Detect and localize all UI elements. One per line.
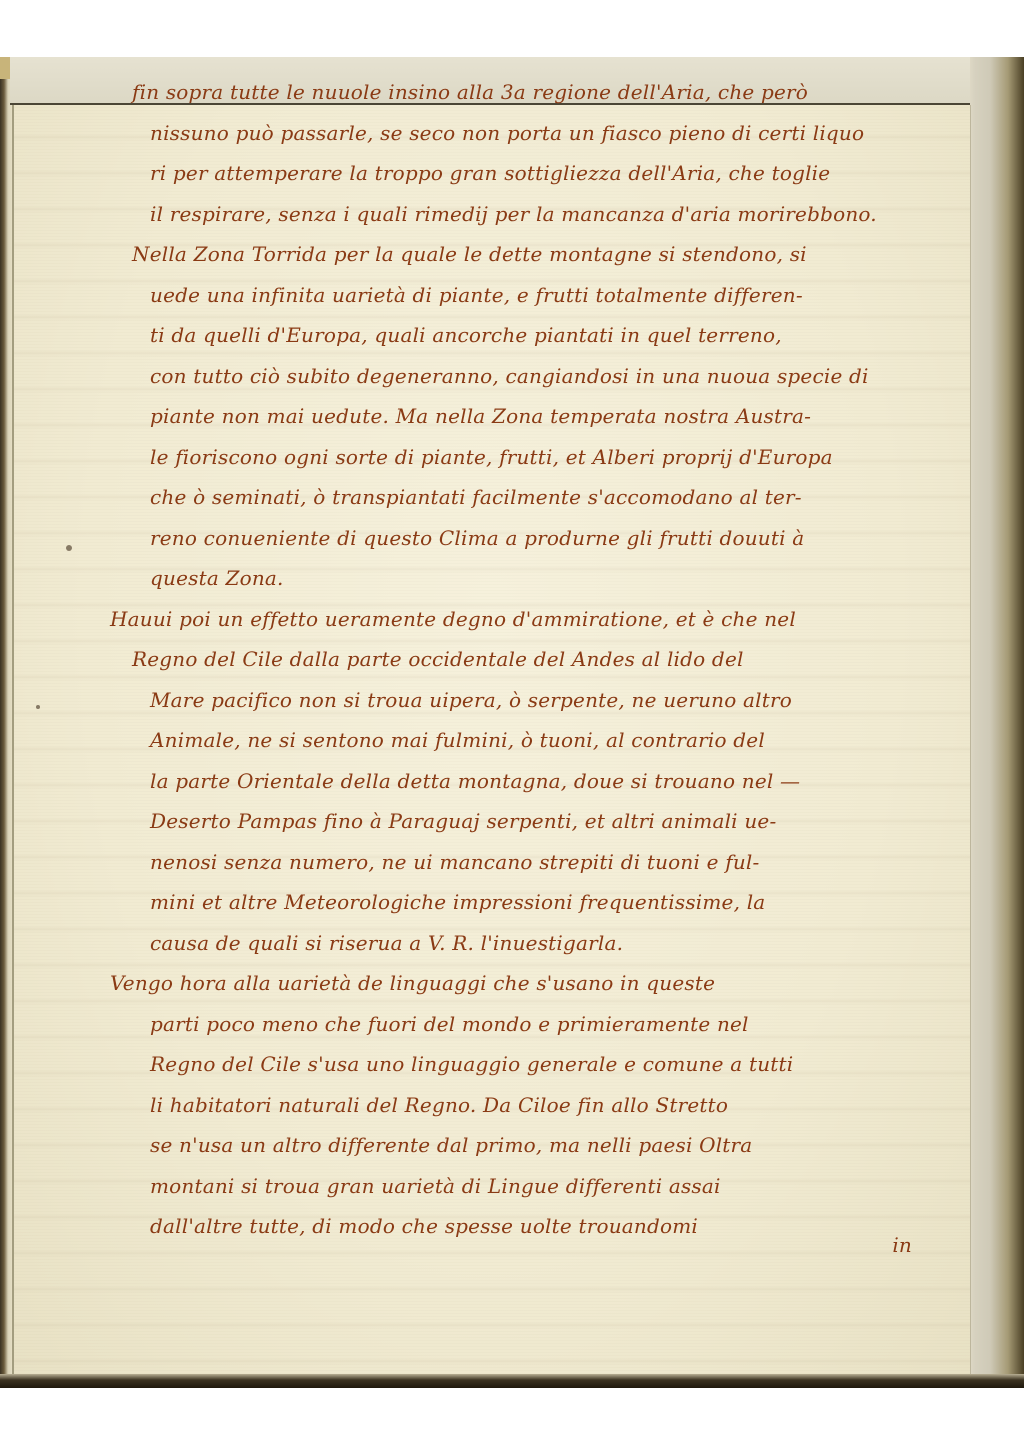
text-line: fin sopra tutte le nuuole insino alla 3a… — [132, 72, 972, 113]
text-line: Deserto Pampas fino à Paraguaj serpenti,… — [132, 801, 972, 842]
text-line: parti poco meno che fuori del mondo e pr… — [132, 1004, 972, 1045]
text-line: causa de quali si riserua a V. R. l'inue… — [132, 923, 972, 964]
text-line: questa Zona. — [132, 558, 972, 599]
text-line: nissuno può passarle, se seco non porta … — [132, 113, 972, 154]
text-line: li habitatori naturali del Regno. Da Cil… — [132, 1085, 972, 1126]
text-line: le fioriscono ogni sorte di piante, frut… — [132, 437, 972, 478]
book-bottom-edge — [0, 1374, 1024, 1388]
paragraph-start-line: Hauui poi un effetto ueramente degno d'a… — [110, 599, 972, 640]
text-line: Regno del Cile s'usa uno linguaggio gene… — [132, 1044, 972, 1085]
text-line: mini et altre Meteorologiche impressioni… — [132, 882, 972, 923]
text-line: Mare pacifico non si troua uipera, ò ser… — [132, 680, 972, 721]
text-line: Animale, ne si sentono mai fulmini, ò tu… — [132, 720, 972, 761]
text-line: il respirare, senza i quali rimedij per … — [132, 194, 972, 235]
text-line: montani si troua gran uarietà di Lingue … — [132, 1166, 972, 1207]
catchword: in — [132, 1237, 972, 1257]
text-line: piante non mai uedute. Ma nella Zona tem… — [132, 396, 972, 437]
ink-spot — [36, 705, 40, 709]
text-line: nenosi senza numero, ne ui mancano strep… — [132, 842, 972, 883]
manuscript-text: fin sopra tutte le nuuole insino alla 3a… — [132, 72, 972, 1257]
text-line: la parte Orientale della detta montagna,… — [132, 761, 972, 802]
text-line: reno conueniente di questo Clima a produ… — [132, 518, 972, 559]
text-line: uede una infinita uarietà di piante, e f… — [132, 275, 972, 316]
text-line: ti da quelli d'Europa, quali ancorche pi… — [132, 315, 972, 356]
paragraph-start-line: Vengo hora alla uarietà de linguaggi che… — [110, 963, 972, 1004]
text-line: Regno del Cile dalla parte occidentale d… — [132, 639, 972, 680]
ink-spot — [66, 545, 72, 551]
text-line: ri per attemperare la troppo gran sottig… — [132, 153, 972, 194]
text-line: con tutto ciò subito degeneranno, cangia… — [132, 356, 972, 397]
text-line: se n'usa un altro differente dal primo, … — [132, 1125, 972, 1166]
text-line: che ò seminati, ò transpiantati facilmen… — [132, 477, 972, 518]
text-line: Nella Zona Torrida per la quale le dette… — [132, 234, 972, 275]
